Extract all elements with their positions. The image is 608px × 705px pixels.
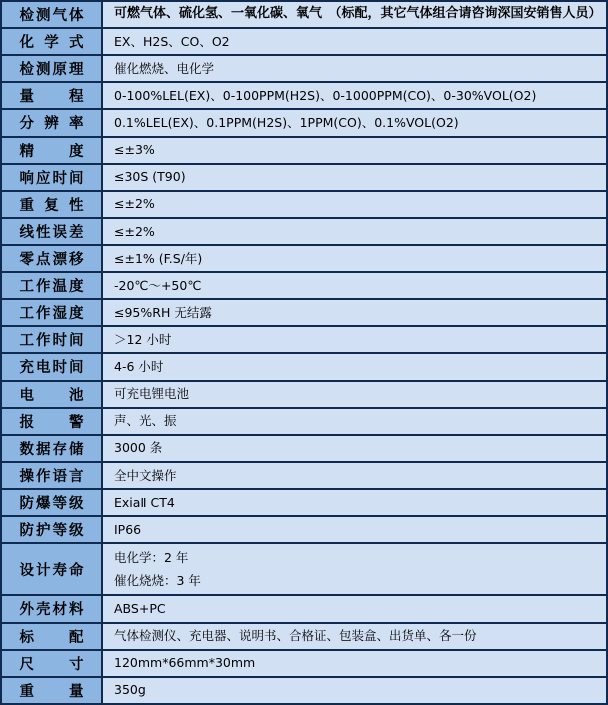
spec-label-design-life: 设计寿命 [2, 544, 103, 594]
spec-value-linearity-error: ≤±2% [103, 219, 606, 244]
spec-label-dimensions: 尺寸 [2, 651, 103, 676]
row-chemical-formula: 化学式 EX、H2S、CO、O2 [2, 29, 606, 56]
spec-value-accuracy: ≤±3% [103, 138, 606, 163]
row-zero-drift: 零点漂移 ≤±1% (F.S/年) [2, 246, 606, 273]
spec-label-text: 操作语言 [20, 465, 84, 486]
spec-value-design-life: 电化学：2 年 催化烧烧：3 年 [103, 544, 606, 594]
row-operation-language: 操作语言 全中文操作 [2, 463, 606, 490]
spec-label-text: 防爆等级 [20, 492, 84, 513]
spec-label-text: 量程 [20, 85, 84, 106]
spec-label-operation-language: 操作语言 [2, 463, 103, 488]
spec-label-text: 报警 [20, 411, 84, 432]
spec-label-working-temperature: 工作温度 [2, 273, 103, 298]
spec-label-response-time: 响应时间 [2, 165, 103, 190]
row-working-humidity: 工作湿度 ≤95%RH 无结露 [2, 300, 606, 327]
spec-label-text: 尺寸 [20, 653, 84, 674]
spec-label-measuring-range: 量程 [2, 83, 103, 108]
spec-label-text: 检测原理 [20, 58, 84, 79]
spec-label-charging-time: 充电时间 [2, 354, 103, 379]
spec-label-accuracy: 精度 [2, 138, 103, 163]
spec-value-chemical-formula: EX、H2S、CO、O2 [103, 29, 606, 54]
spec-label-text: 电池 [20, 384, 84, 405]
spec-label-resolution: 分辨率 [2, 110, 103, 135]
spec-label-standard-configuration: 标配 [2, 624, 103, 649]
row-working-temperature: 工作温度 -20℃～+50℃ [2, 273, 606, 300]
spec-label-text: 化学式 [20, 31, 84, 52]
spec-label-text: 工作湿度 [20, 302, 84, 323]
spec-value-weight: 350g [103, 678, 606, 703]
row-response-time: 响应时间 ≤30S (T90) [2, 165, 606, 192]
spec-label-text: 数据存储 [20, 438, 84, 459]
spec-value-shell-material: ABS+PC [103, 596, 606, 621]
row-charging-time: 充电时间 4-6 小时 [2, 354, 606, 381]
row-accuracy: 精度 ≤±3% [2, 138, 606, 165]
spec-label-linearity-error: 线性误差 [2, 219, 103, 244]
spec-label-working-humidity: 工作湿度 [2, 300, 103, 325]
spec-table: 检测气体 可燃气体、硫化氢、一氧化碳、氧气 （标配，其它气体组合请咨询深国安销售… [0, 0, 608, 705]
row-detection-principle: 检测原理 催化燃烧、电化学 [2, 56, 606, 83]
spec-label-text: 设计寿命 [20, 559, 84, 580]
spec-label-data-storage: 数据存储 [2, 436, 103, 461]
spec-label-text: 线性误差 [20, 221, 84, 242]
spec-value-working-time: ＞12 小时 [103, 327, 606, 352]
spec-label-text: 响应时间 [20, 167, 84, 188]
spec-value-repeatability: ≤±2% [103, 192, 606, 217]
spec-label-text: 分辨率 [20, 112, 84, 133]
spec-value-standard-configuration: 气体检测仪、充电器、说明书、合格证、包装盒、出货单、各一份 [103, 624, 606, 649]
spec-value-detection-principle: 催化燃烧、电化学 [103, 56, 606, 81]
spec-label-text: 重量 [20, 680, 84, 701]
spec-label-zero-drift: 零点漂移 [2, 246, 103, 271]
spec-value-data-storage: 3000 条 [103, 436, 606, 461]
spec-label-text: 标配 [20, 626, 84, 647]
spec-label-text: 精度 [20, 140, 84, 161]
spec-label-repeatability: 重复性 [2, 192, 103, 217]
spec-label-chemical-formula: 化学式 [2, 29, 103, 54]
row-alarm: 报警 声、光、振 [2, 409, 606, 436]
spec-label-text: 检测气体 [20, 4, 84, 25]
spec-label-working-time: 工作时间 [2, 327, 103, 352]
spec-label-text: 防护等级 [20, 519, 84, 540]
spec-value-dimensions: 120mm*66mm*30mm [103, 651, 606, 676]
spec-label-text: 外壳材料 [20, 598, 84, 619]
spec-value-working-temperature: -20℃～+50℃ [103, 273, 606, 298]
spec-value-charging-time: 4-6 小时 [103, 354, 606, 379]
row-explosion-proof-grade: 防爆等级 ExiaⅡ CT4 [2, 490, 606, 517]
spec-label-text: 零点漂移 [20, 248, 84, 269]
spec-value-explosion-proof-grade: ExiaⅡ CT4 [103, 490, 606, 515]
spec-label-explosion-proof-grade: 防爆等级 [2, 490, 103, 515]
row-linearity-error: 线性误差 ≤±2% [2, 219, 606, 246]
spec-value-protection-grade: IP66 [103, 517, 606, 542]
row-measuring-range: 量程 0-100%LEL(EX)、0-100PPM(H2S)、0-1000PPM… [2, 83, 606, 110]
spec-label-weight: 重量 [2, 678, 103, 703]
spec-label-shell-material: 外壳材料 [2, 596, 103, 621]
spec-label-text: 工作温度 [20, 275, 84, 296]
spec-value-battery: 可充电锂电池 [103, 382, 606, 407]
row-protection-grade: 防护等级 IP66 [2, 517, 606, 544]
row-weight: 重量 350g [2, 678, 606, 703]
row-data-storage: 数据存储 3000 条 [2, 436, 606, 463]
spec-label-text: 工作时间 [20, 329, 84, 350]
spec-value-zero-drift: ≤±1% (F.S/年) [103, 246, 606, 271]
row-standard-configuration: 标配 气体检测仪、充电器、说明书、合格证、包装盒、出货单、各一份 [2, 624, 606, 651]
spec-label-text: 充电时间 [20, 356, 84, 377]
spec-value-resolution: 0.1%LEL(EX)、0.1PPM(H2S)、1PPM(CO)、0.1%VOL… [103, 110, 606, 135]
row-repeatability: 重复性 ≤±2% [2, 192, 606, 219]
row-resolution: 分辨率 0.1%LEL(EX)、0.1PPM(H2S)、1PPM(CO)、0.1… [2, 110, 606, 137]
row-design-life: 设计寿命 电化学：2 年 催化烧烧：3 年 [2, 544, 606, 596]
row-dimensions: 尺寸 120mm*66mm*30mm [2, 651, 606, 678]
spec-label-detection-principle: 检测原理 [2, 56, 103, 81]
spec-label-protection-grade: 防护等级 [2, 517, 103, 542]
spec-value-working-humidity: ≤95%RH 无结露 [103, 300, 606, 325]
row-working-time: 工作时间 ＞12 小时 [2, 327, 606, 354]
spec-value-detection-gas: 可燃气体、硫化氢、一氧化碳、氧气 （标配，其它气体组合请咨询深国安销售人员） [103, 2, 606, 27]
row-shell-material: 外壳材料 ABS+PC [2, 596, 606, 623]
row-battery: 电池 可充电锂电池 [2, 382, 606, 409]
spec-value-alarm: 声、光、振 [103, 409, 606, 434]
spec-label-alarm: 报警 [2, 409, 103, 434]
spec-label-detection-gas: 检测气体 [2, 2, 103, 27]
spec-value-measuring-range: 0-100%LEL(EX)、0-100PPM(H2S)、0-1000PPM(CO… [103, 83, 606, 108]
spec-value-operation-language: 全中文操作 [103, 463, 606, 488]
spec-value-response-time: ≤30S (T90) [103, 165, 606, 190]
spec-label-text: 重复性 [20, 194, 84, 215]
spec-label-battery: 电池 [2, 382, 103, 407]
row-detection-gas: 检测气体 可燃气体、硫化氢、一氧化碳、氧气 （标配，其它气体组合请咨询深国安销售… [2, 2, 606, 29]
